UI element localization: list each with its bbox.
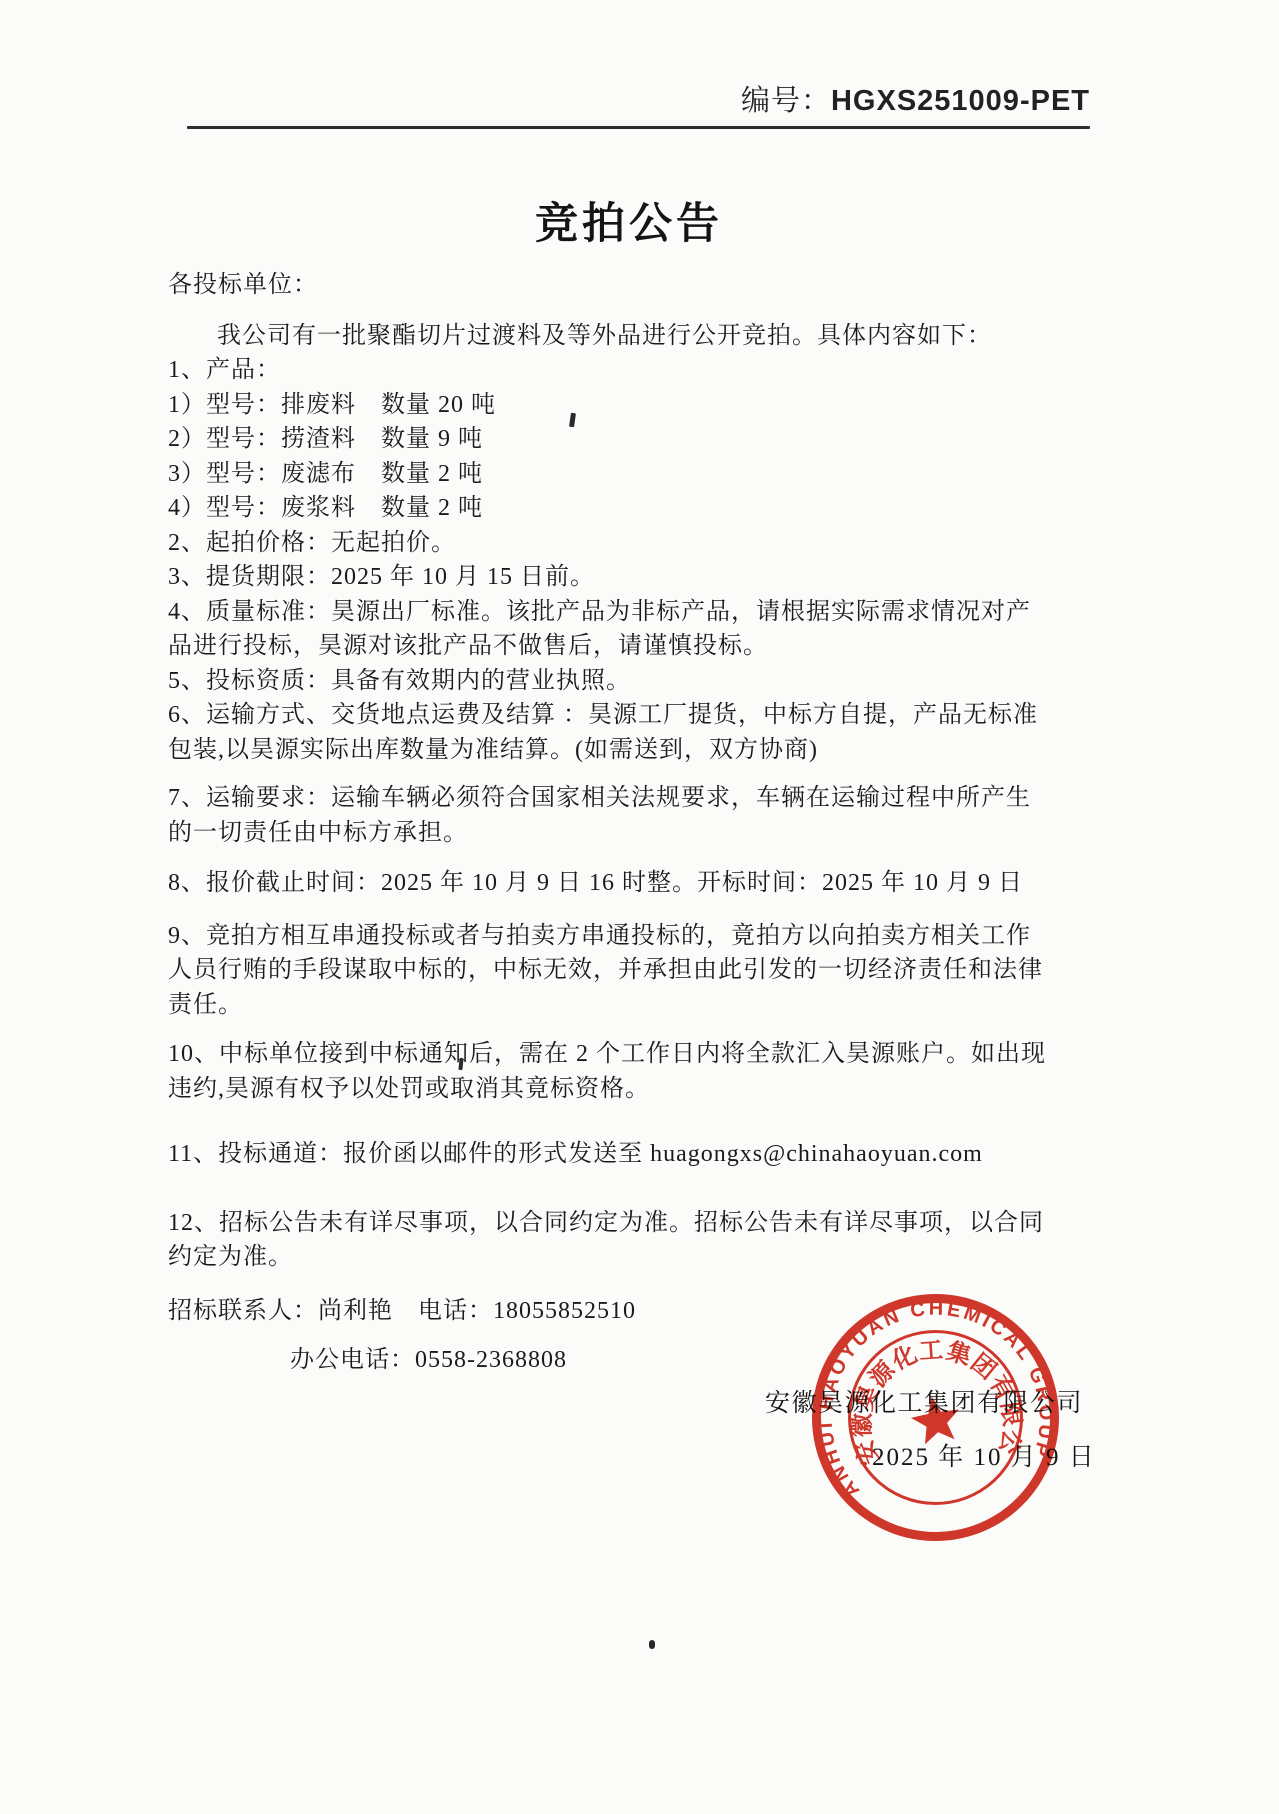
body-line: 10、中标单位接到中标通知后，需在 2 个工作日内将全款汇入昊源账户。如出现	[168, 1037, 1100, 1072]
body-line: 约定为准。	[168, 1240, 1100, 1275]
doc-number-label: 编号：	[741, 85, 831, 117]
doc-number: 编号：HGXS251009-PET	[741, 78, 1090, 119]
intro-line: 我公司有一批聚酯切片过渡料及等外品进行公开竞拍。具体内容如下：	[168, 319, 1100, 354]
body-line: 4）型号：废浆料 数量 2 吨	[168, 491, 1100, 526]
body-line: 2、起拍价格：无起拍价。	[168, 526, 1100, 561]
body-line: 3、提货期限：2025 年 10 月 15 日前。	[168, 560, 1100, 595]
document-body: 各投标单位： 我公司有一批聚酯切片过渡料及等外品进行公开竞拍。具体内容如下： 1…	[168, 268, 1100, 1378]
body-line: 1）型号：排废料 数量 20 吨	[168, 388, 1100, 423]
seal-graphic: ANHUI HAOYUAN CHEMICAL GROUP CO.,LTD. 安徽…	[776, 1258, 1095, 1577]
body-line: 9、竞拍方相互串通投标或者与拍卖方串通投标的，竟拍方以向拍卖方相关工作	[168, 919, 1100, 954]
company-seal-stamp: ANHUI HAOYUAN CHEMICAL GROUP CO.,LTD. 安徽…	[776, 1258, 1095, 1577]
body-line: 11、投标通道：报价函以邮件的形式发送至 huagongxs@chinahaoy…	[168, 1137, 1100, 1172]
body-line: 6、运输方式、交货地点运费及结算 ：昊源工厂提货，中标方自提，产品无标准	[168, 698, 1100, 733]
body-line: 7、运输要求：运输车辆必须符合国家相关法规要求，车辆在运输过程中所产生	[168, 781, 1100, 816]
header-rule	[187, 126, 1090, 129]
body-line: 4、质量标准：昊源出厂标准。该批产品为非标产品，请根据实际需求情况对产	[168, 595, 1100, 630]
body-line: 人员行贿的手段谋取中标的，中标无效，并承担由此引发的一切经济责任和法律	[168, 953, 1100, 988]
body-line: 3）型号：废滤布 数量 2 吨	[168, 457, 1100, 492]
body-line: 12、招标公告未有详尽事项，以合同约定为准。招标公告未有详尽事项，以合同	[168, 1206, 1100, 1241]
body-line: 责任。	[168, 988, 1100, 1023]
star-icon	[908, 1392, 964, 1446]
salutation-line: 各投标单位：	[168, 268, 1100, 303]
page-title: 竞拍公告	[168, 190, 1090, 251]
body-line: 违约,昊源有权予以处罚或取消其竟标资格。	[168, 1072, 1100, 1107]
body-line: 2）型号：捞渣料 数量 9 吨	[168, 422, 1100, 457]
scan-artifact	[649, 1640, 655, 1649]
doc-number-value: HGXS251009-PET	[831, 85, 1090, 117]
scanned-document-page: 编号：HGXS251009-PET 竞拍公告 各投标单位： 我公司有一批聚酯切片…	[0, 0, 1279, 1814]
body-line: 品进行投标，昊源对该批产品不做售后，请谨慎投标。	[168, 629, 1100, 664]
body-line: 5、投标资质：具备有效期内的营业执照。	[168, 664, 1100, 699]
body-line: 1、产品：	[168, 353, 1100, 388]
body-line: 的一切责任由中标方承担。	[168, 816, 1100, 851]
body-line: 包装,以昊源实际出库数量为准结算。(如需送到，双方协商)	[168, 733, 1100, 768]
body-line: 8、报价截止时间：2025 年 10 月 9 日 16 时整。开标时间：2025…	[168, 866, 1100, 901]
